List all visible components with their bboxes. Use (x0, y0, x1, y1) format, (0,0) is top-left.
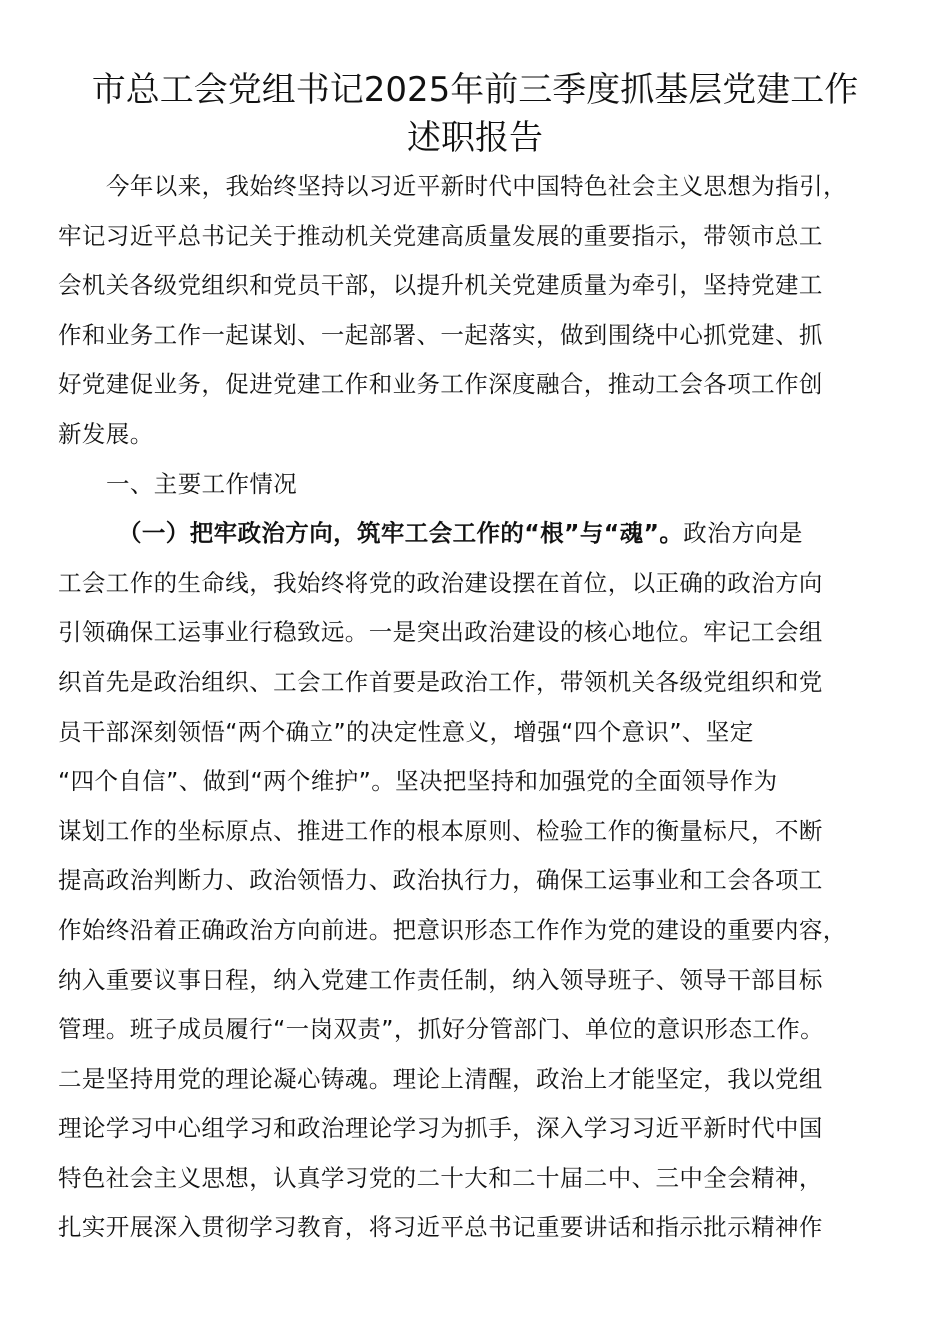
subsection-paragraph-line: 员干部深刻领悟“两个确立”的决定性意义，增强“四个意识”、坚定 (58, 708, 938, 758)
subsection-paragraph-line: 纳入重要议事日程，纳入党建工作责任制，纳入领导班子、领导干部目标 (58, 956, 938, 1006)
document-title-line-1: 市总工会党组书记2025年前三季度抓基层党建工作 (40, 66, 910, 114)
intro-paragraph-line: 今年以来，我始终坚持以习近平新时代中国特色社会主义思想为指引， (58, 162, 938, 212)
subsection-text: 政治方向是 (683, 519, 803, 547)
subsection-paragraph-line: 扎实开展深入贯彻学习教育，将习近平总书记重要讲话和指示批示精神作 (58, 1203, 938, 1253)
subsection-paragraph-line: 提高政治判断力、政治领悟力、政治执行力，确保工运事业和工会各项工 (58, 856, 938, 906)
subsection-paragraph-line: 特色社会主义思想，认真学习党的二十大和二十届二中、三中全会精神， (58, 1154, 938, 1204)
subsection-paragraph-line: 理论学习中心组学习和政治理论学习为抓手，深入学习习近平新时代中国 (58, 1104, 938, 1154)
subsection-paragraph-line: “四个自信”、做到“两个维护”。坚决把坚持和加强党的全面领导作为 (58, 757, 938, 807)
subsection-paragraph-line: 二是坚持用党的理论凝心铸魂。理论上清醒，政治上才能坚定，我以党组 (58, 1055, 938, 1105)
intro-paragraph-line: 牢记习近平总书记关于推动机关党建高质量发展的重要指示，带领市总工 (58, 212, 938, 262)
subsection-paragraph-line: 引领确保工运事业行稳致远。一是突出政治建设的核心地位。牢记工会组 (58, 608, 938, 658)
subsection-paragraph-line: 织首先是政治组织、工会工作首要是政治工作，带领机关各级党组织和党 (58, 658, 938, 708)
document-page: 市总工会党组书记2025年前三季度抓基层党建工作 述职报告 今年以来，我始终坚持… (0, 0, 950, 1344)
intro-paragraph-line: 新发展。 (58, 410, 938, 460)
document-body: 今年以来，我始终坚持以习近平新时代中国特色社会主义思想为指引， 牢记习近平总书记… (58, 162, 938, 1253)
subsection-paragraph-line: 工会工作的生命线，我始终将党的政治建设摆在首位，以正确的政治方向 (58, 559, 938, 609)
document-title-line-2: 述职报告 (40, 114, 910, 162)
subsection-paragraph-line: 管理。班子成员履行“一岗双责”，抓好分管部门、单位的意识形态工作。 (58, 1005, 938, 1055)
subsection-paragraph-line: 谋划工作的坐标原点、推进工作的根本原则、检验工作的衡量标尺，不断 (58, 807, 938, 857)
intro-paragraph-line: 好党建促业务，促进党建工作和业务工作深度融合，推动工会各项工作创 (58, 360, 938, 410)
section-heading: 一、主要工作情况 (58, 460, 938, 510)
subsection-paragraph-line: （一）把牢政治方向，筑牢工会工作的“根”与“魂”。政治方向是 (58, 509, 938, 559)
intro-paragraph-line: 会机关各级党组织和党员干部，以提升机关党建质量为牵引，坚持党建工 (58, 261, 938, 311)
intro-paragraph-line: 作和业务工作一起谋划、一起部署、一起落实，做到围绕中心抓党建、抓 (58, 311, 938, 361)
subsection-paragraph-line: 作始终沿着正确政治方向前进。把意识形态工作作为党的建设的重要内容， (58, 906, 938, 956)
subsection-heading: （一）把牢政治方向，筑牢工会工作的“根”与“魂”。 (118, 519, 683, 547)
